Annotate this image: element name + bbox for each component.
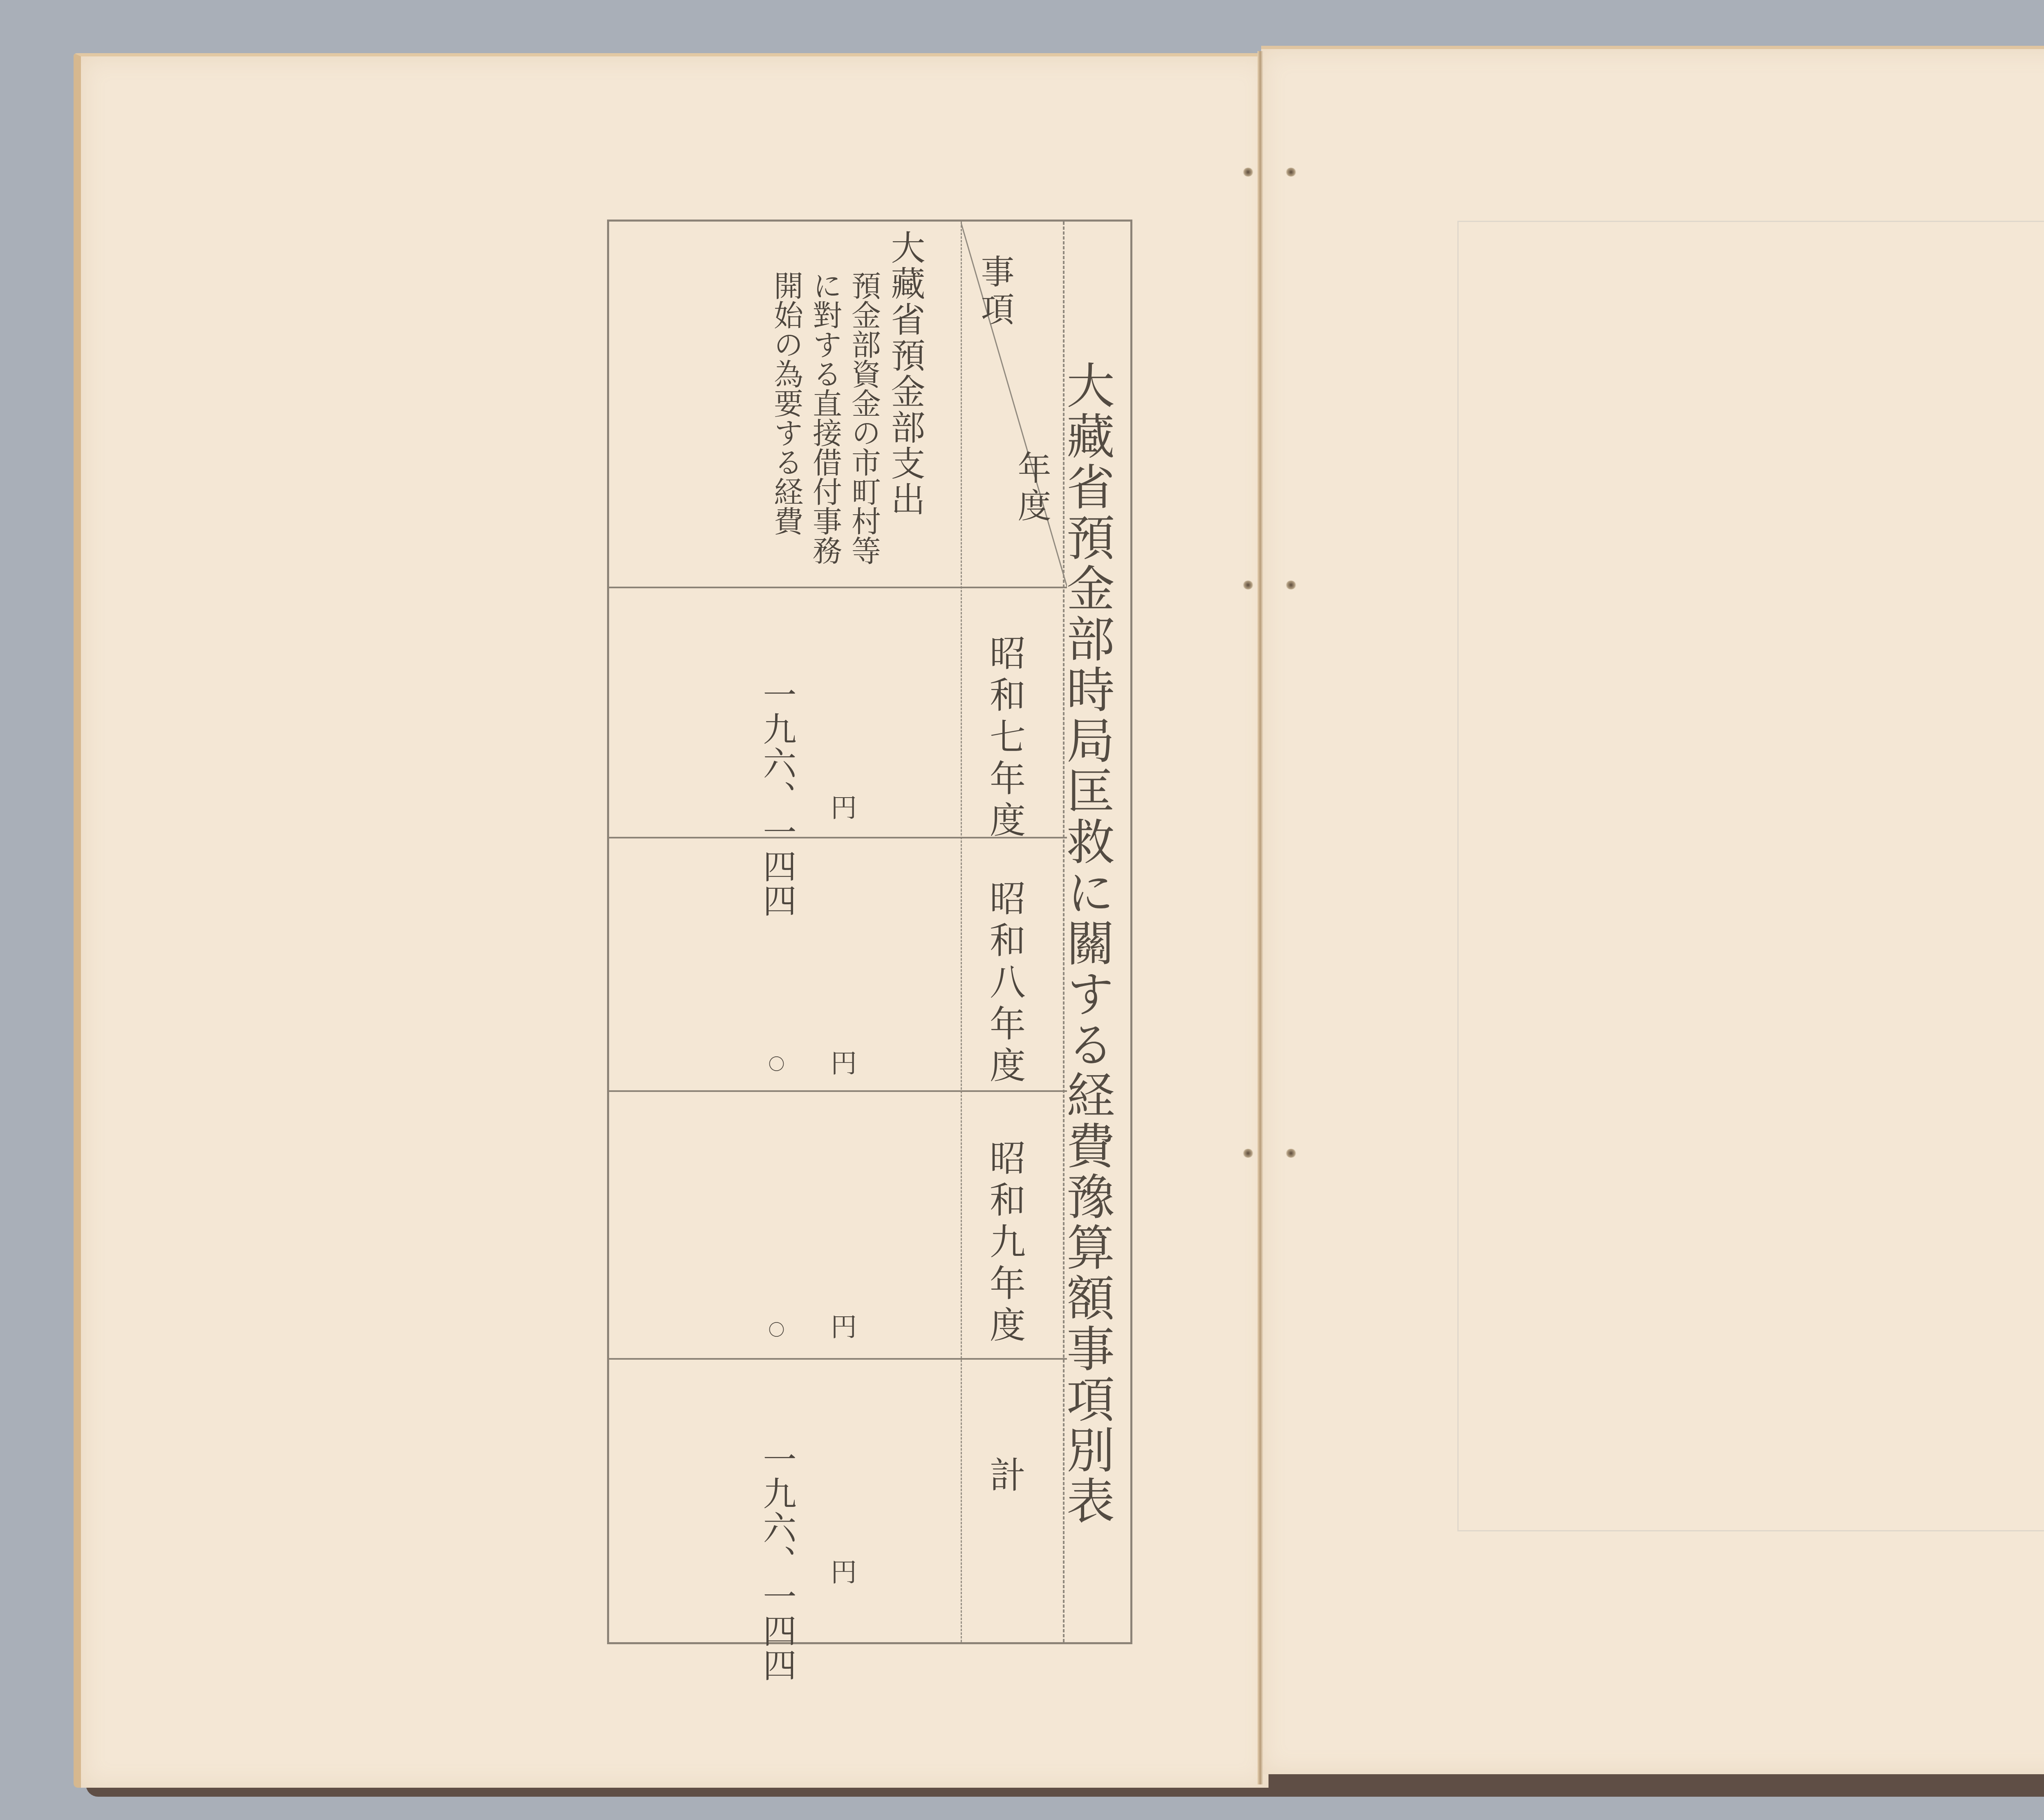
row-divider (609, 1090, 1067, 1092)
row-amount: 〇 (764, 1321, 787, 1338)
row-unit: 円 (823, 1049, 860, 1080)
header-item-label: 事項 (971, 254, 1019, 329)
row-year: 昭和七年度 (979, 634, 1031, 843)
row-year: 昭和八年度 (979, 880, 1031, 1088)
row-divider (609, 1358, 1067, 1360)
budget-table: 大藏省預金部時局匡救に關する経費豫算額事項別表 事項 年度 大藏省預金部支出 預… (607, 220, 1132, 1644)
row-unit: 円 (823, 1313, 860, 1343)
row-amount: 一九六、一四四 (753, 677, 801, 918)
bleed-through-text (1719, 315, 1772, 361)
row-divider (609, 587, 1067, 588)
item-name: 大藏省預金部支出 (881, 230, 930, 518)
binding-hole (1286, 1149, 1296, 1158)
binding-hole (1243, 168, 1253, 177)
binding-hole (1243, 1149, 1253, 1158)
binding-hole (1243, 581, 1253, 589)
row-divider (609, 837, 1067, 838)
binding-hole (1286, 168, 1296, 177)
book-spine (1257, 51, 1263, 1784)
bleed-through-table (1457, 221, 2044, 1531)
row-unit: 円 (823, 794, 860, 824)
row-year: 計 (979, 1456, 1031, 1498)
row-amount: 〇 (764, 1056, 787, 1073)
binding-hole (1286, 581, 1296, 589)
row-unit: 円 (823, 1558, 860, 1589)
header-year-label: 年度 (1008, 451, 1056, 526)
row-year: 昭和九年度 (979, 1139, 1031, 1348)
row-amount: 一九六、一四四 (753, 1442, 801, 1682)
item-description: 預金部資金の市町村等に對する直接借付事務開始の為要する経費 (766, 271, 883, 589)
title-column: 大藏省預金部時局匡救に關する経費豫算額事項別表 (1063, 222, 1130, 1642)
right-page (1261, 46, 2044, 1774)
